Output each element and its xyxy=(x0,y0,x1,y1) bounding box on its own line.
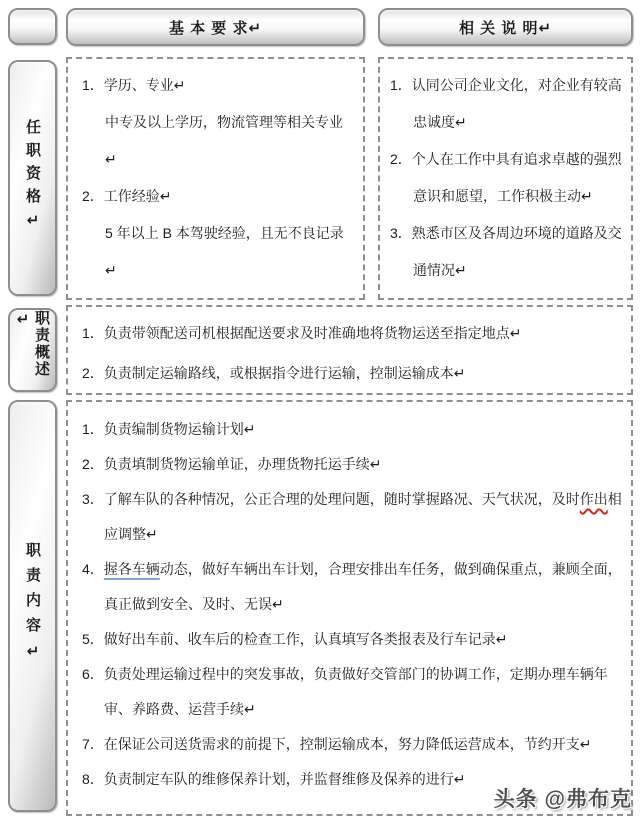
header-basic-requirements: 基 本 要 求↵ xyxy=(66,8,365,46)
text-segment: 动态，做好车辆出车计划，合理安排出车任务，做到确保重点，兼顾全面，真正做到安全、… xyxy=(104,561,622,612)
list-item: 1．负责编制货物运输计划↵ xyxy=(82,412,623,447)
list-item: 1．负责带领配送司机根据配送要求及时准确地将货物运送至指定地点↵ xyxy=(82,313,619,353)
list-item: 7．在保证公司送货需求的前提下，控制运输成本，努力降低运营成本，节约开支↵ xyxy=(82,727,623,762)
list-item: 2．工作经验↵ xyxy=(82,178,351,215)
list-item: 3．个人能力要求↵ xyxy=(82,289,351,300)
list-item: 2．个人在工作中具有追求卓越的强烈意识和愿望，工作积极主动↵ xyxy=(390,141,625,215)
header-basic-requirements-label: 基 本 要 求↵ xyxy=(169,17,262,38)
duty-details-box: 1．负责编制货物运输计划↵ 2．负责填制货物运输单证，办理货物托运手续↵ 3．了… xyxy=(66,400,633,816)
header-related-notes: 相 关 说 明↵ xyxy=(378,8,633,46)
row-label-qualifications: 任职资格↵ xyxy=(8,60,57,296)
list-item: 2．负责制定运输路线，或根据指令进行运输，控制运输成本↵ xyxy=(82,353,619,393)
qualifications-basic-box: 1．学历、专业↵ 中专及以上学历，物流管理等相关专业↵ 2．工作经验↵ 5 年以… xyxy=(66,57,365,300)
job-description-document: 基 本 要 求↵ 相 关 说 明↵ 任职资格↵ 1．学历、专业↵ 中专及以上学历… xyxy=(0,0,640,823)
list-item: 3．了解车队的各种情况，公正合理的处理问题，随时掌握路况、天气状况，及时作出相应… xyxy=(82,482,623,552)
duty-summary-box: 1．负责带领配送司机根据配送要求及时准确地将货物运送至指定地点↵ 2．负责制定运… xyxy=(66,305,633,395)
header-related-notes-label: 相 关 说 明↵ xyxy=(459,17,552,38)
list-item: 3．熟悉市区及各周边环境的道路及交通情况↵ xyxy=(390,215,625,289)
list-item: 5．做好出车前、收车后的检查工作，认真填写各类报表及行车记录↵ xyxy=(82,622,623,657)
row-label-qualifications-text: 任职资格↵ xyxy=(22,119,43,237)
text-segment: 4． xyxy=(82,561,104,577)
grammar-underline: 握各车辆 xyxy=(104,561,160,577)
text-segment: 3．了解车队的各种情况，公正合理的处理问题，随时掌握路况、天气状况，及时 xyxy=(82,491,580,507)
corner-box xyxy=(8,8,57,45)
list-item: 2．负责填制货物运输单证，办理货物托运手续↵ xyxy=(82,447,623,482)
row-label-duty-summary-text: 职责概述↵ xyxy=(13,310,52,390)
spellcheck-underline: 作出 xyxy=(580,491,608,507)
list-item: 中专及以上学历，物流管理等相关专业↵ xyxy=(82,104,351,178)
watermark: 头条 @弗布克 xyxy=(494,783,632,813)
row-label-duty-details-text: 职责内容↵ xyxy=(22,542,43,670)
list-item: 5 年以上 B 本驾驶经验，且无不良记录↵ xyxy=(82,215,351,289)
list-item: 6．负责处理运输过程中的突发事故，负责做好交管部门的协调工作，定期办理车辆年审、… xyxy=(82,657,623,727)
qualifications-notes-box: 1．认同公司企业文化，对企业有较高忠诚度↵ 2．个人在工作中具有追求卓越的强烈意… xyxy=(378,57,633,300)
list-item: 4．握各车辆动态，做好车辆出车计划，合理安排出车任务，做到确保重点，兼顾全面，真… xyxy=(82,552,623,622)
row-label-duty-details: 职责内容↵ xyxy=(8,400,57,812)
list-item: 1．学历、专业↵ xyxy=(82,67,351,104)
watermark-text: 头条 @弗布克 xyxy=(494,788,632,811)
row-label-duty-summary: 职责概述↵ xyxy=(8,308,57,392)
list-item: 1．认同公司企业文化，对企业有较高忠诚度↵ xyxy=(390,67,625,141)
